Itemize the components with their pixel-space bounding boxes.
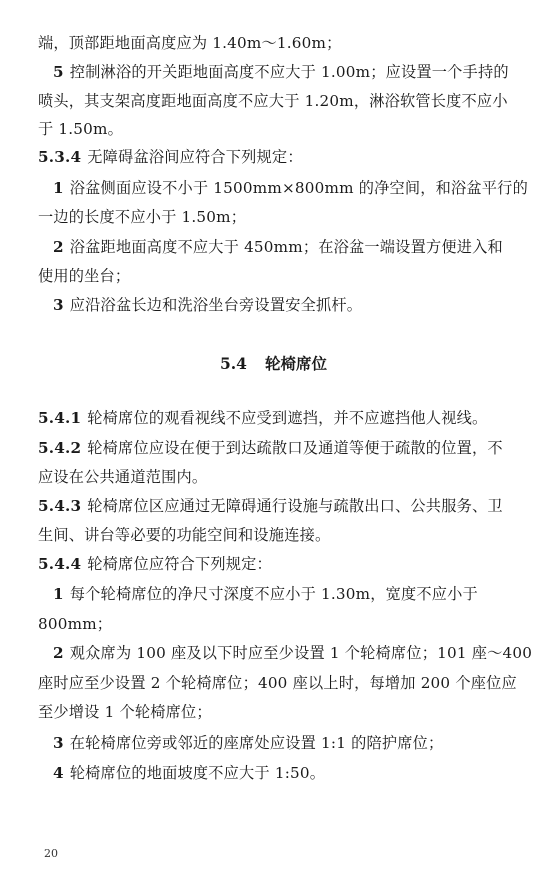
line-text: 在轮椅席位旁或邻近的座席处应设置 1:1 的陪护席位；	[70, 734, 444, 752]
line-text: 轮椅席位应设在便于到达疏散口及通道等便于疏散的位置，不	[87, 439, 502, 457]
section-heading: 5.4轮椅席位	[0, 354, 547, 374]
line-text: 浴盆侧面应设不小于 1500mm×800mm 的净空间，和浴盆平行的	[70, 179, 528, 197]
text-line: 应设在公共通道范围内。	[38, 467, 513, 487]
line-text: 使用的坐台；	[38, 267, 130, 285]
text-line: 5.4.1轮椅席位的观看视线不应受到遮挡，并不应遮挡他人视线。	[38, 408, 513, 428]
text-line: 2观众席为 100 座及以下时应至少设置 1 个轮椅席位；101 座～400	[53, 643, 528, 663]
section-number: 5.4	[220, 354, 247, 373]
clause-number: 5	[53, 63, 64, 81]
page-number: 20	[44, 847, 58, 860]
text-line: 端，顶部距地面高度应为 1.40m～1.60m；	[38, 33, 513, 53]
text-line: 5.4.3轮椅席位区应通过无障碍通行设施与疏散出口、公共服务、卫	[38, 496, 513, 516]
text-line: 4轮椅席位的地面坡度不应大于 1:50。	[53, 763, 528, 783]
clause-number: 5.3.4	[38, 148, 81, 166]
line-text: 座时应至少设置 2 个轮椅席位；400 座以上时，每增加 200 个座位应	[38, 674, 517, 692]
text-line: 于 1.50m。	[38, 119, 513, 139]
line-text: 喷头，其支架高度距地面高度不应大于 1.20m，淋浴软管长度不应小	[38, 92, 508, 110]
text-line: 1浴盆侧面应设不小于 1500mm×800mm 的净空间，和浴盆平行的	[53, 178, 528, 198]
line-text: 于 1.50m。	[38, 120, 123, 138]
line-text: 轮椅席位的观看视线不应受到遮挡，并不应遮挡他人视线。	[87, 409, 487, 427]
text-line: 喷头，其支架高度距地面高度不应大于 1.20m，淋浴软管长度不应小	[38, 91, 513, 111]
clause-number: 5.4.4	[38, 555, 81, 573]
line-text: 轮椅席位应符合下列规定：	[87, 555, 272, 573]
clause-number: 4	[53, 764, 64, 782]
text-line: 800mm；	[38, 614, 513, 634]
text-line: 至少增设 1 个轮椅席位；	[38, 702, 513, 722]
line-text: 浴盆距地面高度不应大于 450mm；在浴盆一端设置方便进入和	[70, 238, 503, 256]
line-text: 应沿浴盆长边和洗浴坐台旁设置安全抓杆。	[70, 296, 362, 314]
section-title: 轮椅席位	[265, 354, 327, 373]
text-line: 5.3.4无障碍盆浴间应符合下列规定：	[38, 147, 513, 167]
clause-number: 5.4.2	[38, 439, 81, 457]
text-line: 座时应至少设置 2 个轮椅席位；400 座以上时，每增加 200 个座位应	[38, 673, 513, 693]
line-text: 控制淋浴的开关距地面高度不应大于 1.00m；应设置一个手持的	[70, 63, 509, 81]
clause-number: 1	[53, 585, 64, 603]
line-text: 应设在公共通道范围内。	[38, 468, 207, 486]
line-text: 观众席为 100 座及以下时应至少设置 1 个轮椅席位；101 座～400	[70, 644, 532, 662]
clause-number: 1	[53, 179, 64, 197]
clause-number: 2	[53, 644, 64, 662]
text-line: 生间、讲台等必要的功能空间和设施连接。	[38, 525, 513, 545]
text-line: 3在轮椅席位旁或邻近的座席处应设置 1:1 的陪护席位；	[53, 733, 528, 753]
text-line: 1每个轮椅席位的净尺寸深度不应小于 1.30m，宽度不应小于	[53, 584, 528, 604]
text-line: 5.4.4轮椅席位应符合下列规定：	[38, 554, 513, 574]
clause-number: 5.4.1	[38, 409, 81, 427]
line-text: 每个轮椅席位的净尺寸深度不应小于 1.30m，宽度不应小于	[70, 585, 478, 603]
line-text: 生间、讲台等必要的功能空间和设施连接。	[38, 526, 330, 544]
clause-number: 5.4.3	[38, 497, 81, 515]
text-line: 5控制淋浴的开关距地面高度不应大于 1.00m；应设置一个手持的	[53, 62, 528, 82]
line-text: 至少增设 1 个轮椅席位；	[38, 703, 212, 721]
text-line: 5.4.2轮椅席位应设在便于到达疏散口及通道等便于疏散的位置，不	[38, 438, 513, 458]
clause-number: 2	[53, 238, 64, 256]
line-text: 轮椅席位区应通过无障碍通行设施与疏散出口、公共服务、卫	[87, 497, 502, 515]
clause-number: 3	[53, 734, 64, 752]
text-line: 3应沿浴盆长边和洗浴坐台旁设置安全抓杆。	[53, 295, 528, 315]
line-text: 无障碍盆浴间应符合下列规定：	[87, 148, 302, 166]
line-text: 端，顶部距地面高度应为 1.40m～1.60m；	[38, 34, 342, 52]
line-text: 轮椅席位的地面坡度不应大于 1:50。	[70, 764, 325, 782]
line-text: 800mm；	[38, 615, 112, 633]
text-line: 使用的坐台；	[38, 266, 513, 286]
line-text: 一边的长度不应小于 1.50m；	[38, 208, 246, 226]
text-line: 一边的长度不应小于 1.50m；	[38, 207, 513, 227]
text-line: 2浴盆距地面高度不应大于 450mm；在浴盆一端设置方便进入和	[53, 237, 528, 257]
clause-number: 3	[53, 296, 64, 314]
